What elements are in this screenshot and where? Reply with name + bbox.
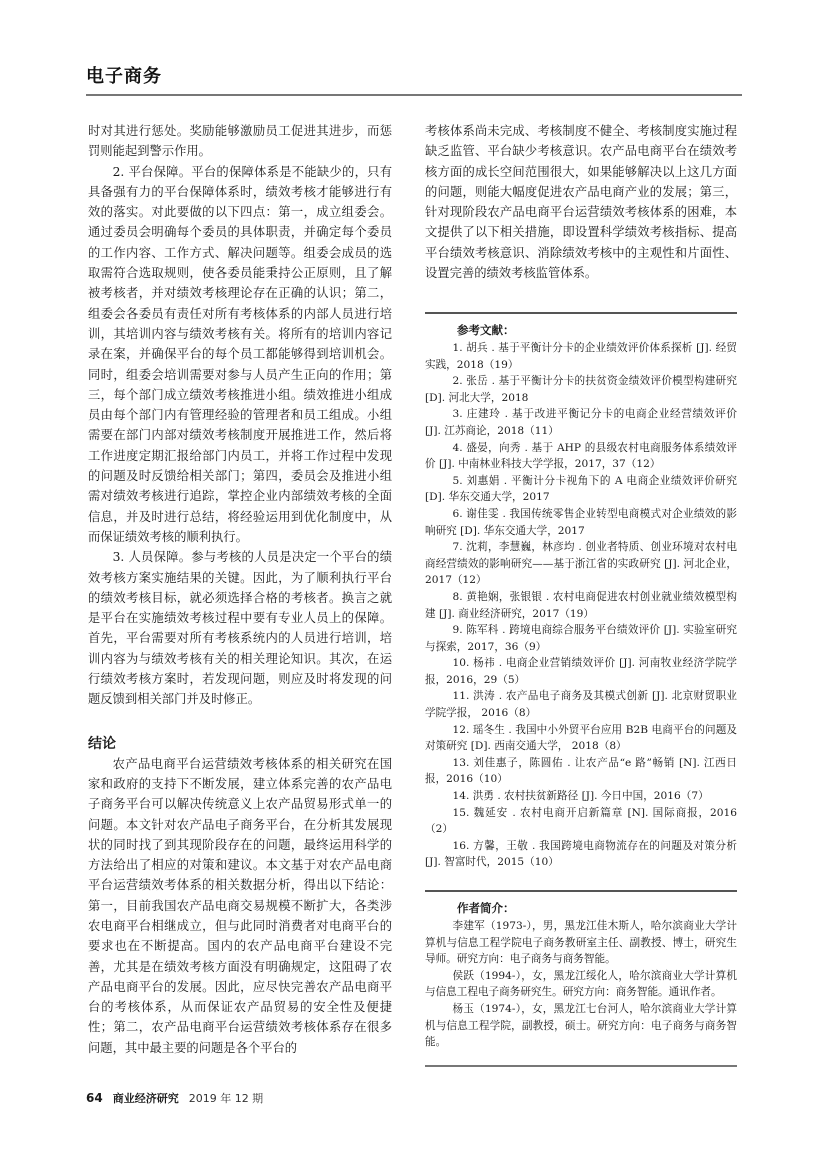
right-column: 考核体系尚未完成、考核制度不健全、考核制度实施过程缺乏监管、平台缺少考核意识。农… [425,121,737,283]
left-column: 时对其进行惩处。奖励能够激励员工促进其进步，而惩罚则能起到警示作用。 2. 平台… [88,121,392,1058]
references-list: 1. 胡兵 . 基于平衡计分卡的企业绩效评价体系探析 [J]. 经贸实践，201… [425,340,737,871]
reference-item: 9. 陈军科 . 跨境电商综合服务平台绩效评价 [J]. 实验室研究与探索，20… [425,622,737,655]
authors-list: 李建军（1973-），男，黑龙江佳木斯人，哈尔滨商业大学计算机与信息工程学院电子… [425,918,737,1051]
reference-item: 8. 黄艳娴，张银银 . 农村电商促进农村创业就业绩效模型构建 [J]. 商业经… [425,589,737,622]
reference-item: 16. 方馨，王敬 . 我国跨境电商物流存在的问题及对策分析 [J]. 智富时代… [425,838,737,871]
reference-item: 1. 胡兵 . 基于平衡计分卡的企业绩效评价体系探析 [J]. 经贸实践，201… [425,340,737,373]
reference-item: 14. 洪勇 . 农村扶贫新路径 [J]. 今日中国，2016（7） [425,788,737,805]
paragraph-platform-guarantee: 2. 平台保障。平台的保障体系是不能缺少的，只有具备强有力的平台保障体系时，绩效… [88,162,392,548]
reference-item: 15. 魏延安 . 农村电商开启新篇章 [N]. 国际商报，2016（2） [425,805,737,838]
conclusion-paragraph: 农产品电商平台运营绩效考核体系的相关研究在国家和政府的支持下不断发展，建立体系完… [88,754,392,1058]
paragraph-personnel-guarantee: 3. 人员保障。参与考核的人员是决定一个平台的绩效考核方案实施结果的关键。因此，… [88,547,392,709]
header-rule [86,94,742,96]
page-number: 64 [86,1091,103,1105]
authors-box: 作者简介： 李建军（1973-），男，黑龙江佳木斯人，哈尔滨商业大学计算机与信息… [425,890,737,1051]
reference-item: 6. 谢佳雯 . 我国传统零售企业转型电商模式对企业绩效的影响研究 [D]. 华… [425,506,737,539]
authors-title: 作者简介： [457,900,737,916]
conclusion-heading: 结论 [88,734,392,754]
reference-item: 13. 刘佳惠子，陈圆佑 . 让农产品“e 路”畅销 [N]. 江西日报，201… [425,755,737,788]
journal-issue: 2019 年 12 期 [189,1090,263,1106]
references-title: 参考文献： [457,322,737,338]
author-bio: 杨玉（1974-），女，黑龙江七台河人，哈尔滨商业大学计算机与信息工程学院，副教… [425,1001,737,1051]
reference-item: 10. 杨祎 . 电商企业营销绩效评价 [J]. 河南牧业经济学院学报，2016… [425,655,737,688]
author-bio: 侯跃（1994-），女，黑龙江绥化人，哈尔滨商业大学计算机与信息工程电子商务研究… [425,968,737,1001]
page-header: 电子商务 [86,66,742,96]
references-box: 参考文献： 1. 胡兵 . 基于平衡计分卡的企业绩效评价体系探析 [J]. 经贸… [425,312,737,871]
page-footer: 64 商业经济研究 2019 年 12 期 [86,1090,263,1106]
author-bio: 李建军（1973-），男，黑龙江佳木斯人，哈尔滨商业大学计算机与信息工程学院电子… [425,918,737,968]
journal-name: 商业经济研究 [113,1090,179,1106]
authors-top-rule [425,890,737,892]
reference-item: 3. 庄建玲 . 基于改进平衡记分卡的电商企业经营绩效评价 [J]. 江苏商论，… [425,406,737,439]
reference-item: 12. 瑶冬生 . 我国中小外贸平台应用 B2B 电商平台的问题及对策研究 [D… [425,722,737,755]
paragraph-punishment: 时对其进行惩处。奖励能够激励员工促进其进步，而惩罚则能起到警示作用。 [88,121,392,162]
section-title: 电子商务 [86,66,742,90]
authors-bottom-rule [425,1065,737,1067]
conclusion-continued-paragraph: 考核体系尚未完成、考核制度不健全、考核制度实施过程缺乏监管、平台缺少考核意识。农… [425,121,737,283]
reference-item: 5. 刘惠娟 . 平衡计分卡视角下的 A 电商企业绩效评价研究 [D]. 华东交… [425,473,737,506]
reference-item: 11. 洪涛 . 农产品电子商务及其模式创新 [J]. 北京财贸职业学院学报， … [425,688,737,721]
reference-item: 4. 盛晏，向秀 . 基于 AHP 的县级农村电商服务体系绩效评价 [J]. 中… [425,440,737,473]
reference-item: 2. 张岳 . 基于平衡计分卡的扶贫资金绩效评价模型构建研究 [D]. 河北大学… [425,373,737,406]
reference-item: 7. 沈莉，李慧巍，林彦均 . 创业者特质、创业环境对农村电商经营绩效的影响研究… [425,539,737,589]
references-top-rule [425,312,737,314]
